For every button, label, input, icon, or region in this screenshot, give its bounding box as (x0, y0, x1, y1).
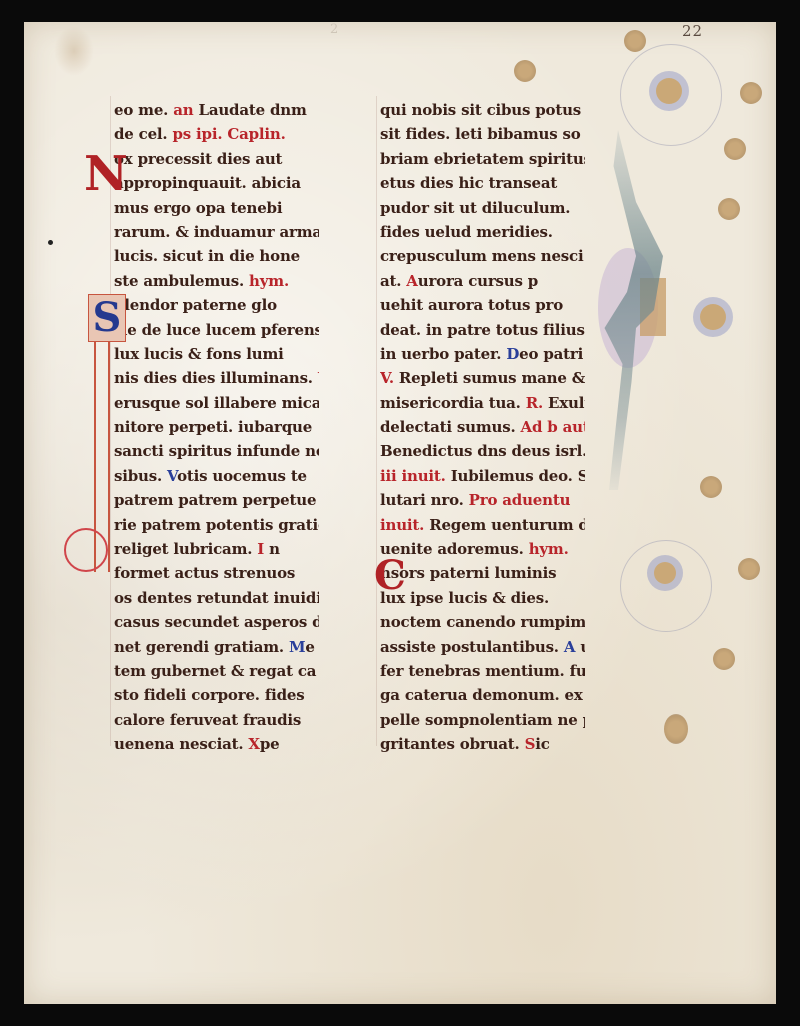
script-text: tem gubernet & regat ca (114, 662, 316, 680)
text-line: pudor sit ut diluculum. (380, 196, 585, 220)
gold-dot (724, 138, 746, 160)
text-line: uenena nesciat. Xpe (114, 732, 319, 756)
rubric-text: R. (526, 394, 543, 412)
text-line: at. Aurora cursus p (380, 269, 585, 293)
text-line: plendor paterne glo (114, 293, 319, 317)
text-line: os dentes retundat inuidi. (114, 586, 319, 610)
text-line: rie de luce lucem pferens. (114, 318, 319, 342)
text-line: erusque sol illabere micans (114, 391, 319, 415)
initial-C-red: C (374, 552, 406, 599)
script-text: Benedictus dns deus isrl. (380, 442, 585, 460)
text-line: rarum. & induamur arma (114, 220, 319, 244)
script-text: in uerbo pater. (380, 345, 506, 363)
script-text: sit fides. leti bibamus so (380, 125, 581, 143)
script-text: e (305, 638, 314, 656)
script-text: uenena nesciat. (114, 735, 248, 753)
gold-dot (740, 82, 762, 104)
text-line: sibus. Votis uocemus te (114, 464, 319, 488)
script-text: nitore perpeti. iubarque (114, 418, 312, 436)
script-text: sto fideli corpore. fides (114, 686, 304, 704)
script-text: otis uocemus te (177, 467, 307, 485)
text-line: rie patrem potentis gratie culpam (114, 513, 319, 537)
initial-N-red: N (84, 146, 128, 202)
left-text-column: N S eo me. an Laudate dnmde cel. ps ipi.… (114, 98, 319, 757)
gold-dot (738, 558, 760, 580)
text-line: pelle sompnolentiam ne pi (380, 708, 585, 732)
script-text: calore feruveat fraudis (114, 711, 301, 729)
script-text: misericordia tua. (380, 394, 526, 412)
text-line: lux ipse lucis & dies. (380, 586, 585, 610)
rubric-text: iii inuit. (380, 467, 446, 485)
script-text: gritantes obruat. (380, 735, 525, 753)
text-line: tem gubernet & regat ca (114, 659, 319, 683)
gold-dot (514, 60, 536, 82)
script-text: Regem uenturum dnm. (424, 516, 585, 534)
script-text: Repleti sumus mane & (394, 369, 585, 387)
rubric-text: A (406, 272, 417, 290)
script-text: fides uelud meridies. (380, 223, 553, 241)
rubric-text: V. (380, 369, 394, 387)
text-line: de cel. ps ipi. Caplin. (114, 122, 319, 146)
initial-S-blue: S (88, 294, 126, 342)
text-line: lucis. sicut in die hone (114, 244, 319, 268)
script-text: uehit aurora totus pro (380, 296, 563, 314)
text-line: ste ambulemus. hym. (114, 269, 319, 293)
rubric-text: Ad b aut (521, 418, 585, 436)
rayed-roundel (654, 562, 676, 584)
gold-dot (700, 476, 722, 498)
script-text: deat. in patre totus filius & tot (380, 321, 585, 339)
text-line: delectati sumus. Ad b aut (380, 415, 585, 439)
text-line: calore feruveat fraudis (114, 708, 319, 732)
script-text: sancti spiritus infunde nostris se (114, 442, 319, 460)
text-line: Benedictus dns deus isrl. feria (380, 439, 585, 463)
text-line: qui nobis sit cibus potus qui (380, 98, 585, 122)
text-line: lux lucis & fons lumi (114, 342, 319, 366)
water-stain (54, 26, 94, 76)
script-text: u (575, 638, 585, 656)
script-text: eo me. (114, 101, 173, 119)
text-line: nis dies dies illuminans. V (114, 366, 319, 390)
script-text: sibus. (114, 467, 167, 485)
text-line: V. Repleti sumus mane & (380, 366, 585, 390)
blue-initial: M (289, 638, 305, 656)
gold-dot (713, 648, 735, 670)
script-text: plendor paterne glo (114, 296, 277, 314)
rayed-roundel (700, 304, 726, 330)
script-text: eo patri sit. (519, 345, 585, 363)
script-text: urora cursus p (418, 272, 538, 290)
rubric-text: S (525, 735, 536, 753)
text-line: lutari nro. Pro aduentu (380, 488, 585, 512)
gold-dot (624, 30, 646, 52)
folio-number: 22 (682, 22, 703, 40)
script-text: at. (380, 272, 406, 290)
rubric-text: ps ipi. Caplin. (172, 125, 285, 143)
script-text: net gerendi gratiam. (114, 638, 289, 656)
blue-initial: V (167, 467, 177, 485)
script-text: appropinquauit. abicia (114, 174, 301, 192)
gold-dot (718, 198, 740, 220)
script-text: n (264, 540, 280, 558)
script-text: assiste postulantibus. (380, 638, 564, 656)
rubric-text: X (248, 735, 259, 753)
text-line: assiste postulantibus. A u (380, 635, 585, 659)
ghost-folio-mark: 2 (330, 22, 339, 37)
text-line: eo me. an Laudate dnm (114, 98, 319, 122)
script-text: noctem canendo rumpimus & (380, 613, 585, 631)
script-text: casus secundet asperos do (114, 613, 319, 631)
text-line: ox precessit dies aut (114, 147, 319, 171)
text-line: gritantes obruat. Sic (380, 732, 585, 756)
script-text: Exultauimus & (543, 394, 585, 412)
gold-dot-comet (664, 714, 688, 744)
script-text: delectati sumus. (380, 418, 521, 436)
text-line: casus secundet asperos do (114, 610, 319, 634)
script-text: formet actus strenuos (114, 564, 295, 582)
script-text: pelle sompnolentiam ne pi (380, 711, 585, 729)
text-line: etus dies hic transeat (380, 171, 585, 195)
text-line: appropinquauit. abicia (114, 171, 319, 195)
script-text: patrem patrem perpetue glo (114, 491, 319, 509)
rubric-text: an (173, 101, 198, 119)
penwork-spiral (620, 540, 712, 632)
script-text: nis dies dies illuminans. (114, 369, 318, 387)
script-text: ga caterua demonum. ex (380, 686, 583, 704)
script-text: lucis. sicut in die hone (114, 247, 300, 265)
right-text-column: C qui nobis sit cibus potus quisit fides… (380, 98, 585, 757)
red-penwork-flourish (64, 528, 108, 572)
script-text: ox precessit dies aut (114, 150, 282, 168)
text-line: net gerendi gratiam. Me (114, 635, 319, 659)
script-text: fer tenebras mentium. fu (380, 662, 585, 680)
text-line: patrem patrem perpetue glo (114, 488, 319, 512)
text-line: ga caterua demonum. ex (380, 683, 585, 707)
text-line: uenite adoremus. hym. (380, 537, 585, 561)
rubric-text: Pro aduentu (469, 491, 571, 509)
script-text: religet lubricam. (114, 540, 257, 558)
text-line: noctem canendo rumpimus & (380, 610, 585, 634)
text-line: sto fideli corpore. fides (114, 683, 319, 707)
text-line: in uerbo pater. Deo patri sit. (380, 342, 585, 366)
rubric-text: V (318, 369, 319, 387)
text-line: religet lubricam. I n (114, 537, 319, 561)
rubric-text: hym. (249, 272, 289, 290)
script-text: ic (535, 735, 549, 753)
script-text: os dentes retundat inuidi. (114, 589, 319, 607)
ruling-line (376, 96, 377, 746)
text-line: fer tenebras mentium. fu (380, 659, 585, 683)
script-text: etus dies hic transeat (380, 174, 557, 192)
script-text: rie patrem potentis gratie culpam (114, 516, 319, 534)
script-text: erusque sol illabere micans (114, 394, 319, 412)
rubric-text: hym. (529, 540, 569, 558)
script-text: rie de luce lucem pferens. (114, 321, 319, 339)
script-text: pe (260, 735, 280, 753)
script-text: lutari nro. (380, 491, 469, 509)
binding-hole (48, 240, 53, 245)
script-text: pudor sit ut diluculum. (380, 199, 570, 217)
script-text: briam ebrietatem spiritus. (380, 150, 585, 168)
text-line: formet actus strenuos (114, 561, 319, 585)
text-line: mus ergo opa tenebi (114, 196, 319, 220)
script-text: rarum. & induamur arma (114, 223, 319, 241)
script-text: lux lucis & fons lumi (114, 345, 284, 363)
text-line: deat. in patre totus filius & tot (380, 318, 585, 342)
script-text: Laudate dnm (198, 101, 306, 119)
script-text: Iubilemus deo. Sa (446, 467, 585, 485)
text-line: nitore perpeti. iubarque (114, 415, 319, 439)
text-line: sancti spiritus infunde nostris se (114, 439, 319, 463)
blue-initial: A (564, 638, 575, 656)
text-line: briam ebrietatem spiritus. L (380, 147, 585, 171)
text-line: inuit. Regem uenturum dnm. (380, 513, 585, 537)
text-line: misericordia tua. R. Exultauimus & (380, 391, 585, 415)
rayed-roundel (656, 78, 682, 104)
script-text: mus ergo opa tenebi (114, 199, 282, 217)
script-text: crepusculum mens nesci (380, 247, 583, 265)
text-line: crepusculum mens nesci (380, 244, 585, 268)
rubric-text: inuit. (380, 516, 424, 534)
script-text: qui nobis sit cibus potus qui (380, 101, 585, 119)
blue-initial: D (506, 345, 519, 363)
text-line: iii inuit. Iubilemus deo. Sa (380, 464, 585, 488)
text-line: nsors paterni luminis (380, 561, 585, 585)
script-text: ste ambulemus. (114, 272, 249, 290)
text-line: fides uelud meridies. (380, 220, 585, 244)
text-line: sit fides. leti bibamus so (380, 122, 585, 146)
script-text: de cel. (114, 125, 172, 143)
script-text: nsors paterni luminis (380, 564, 556, 582)
text-line: uehit aurora totus pro (380, 293, 585, 317)
